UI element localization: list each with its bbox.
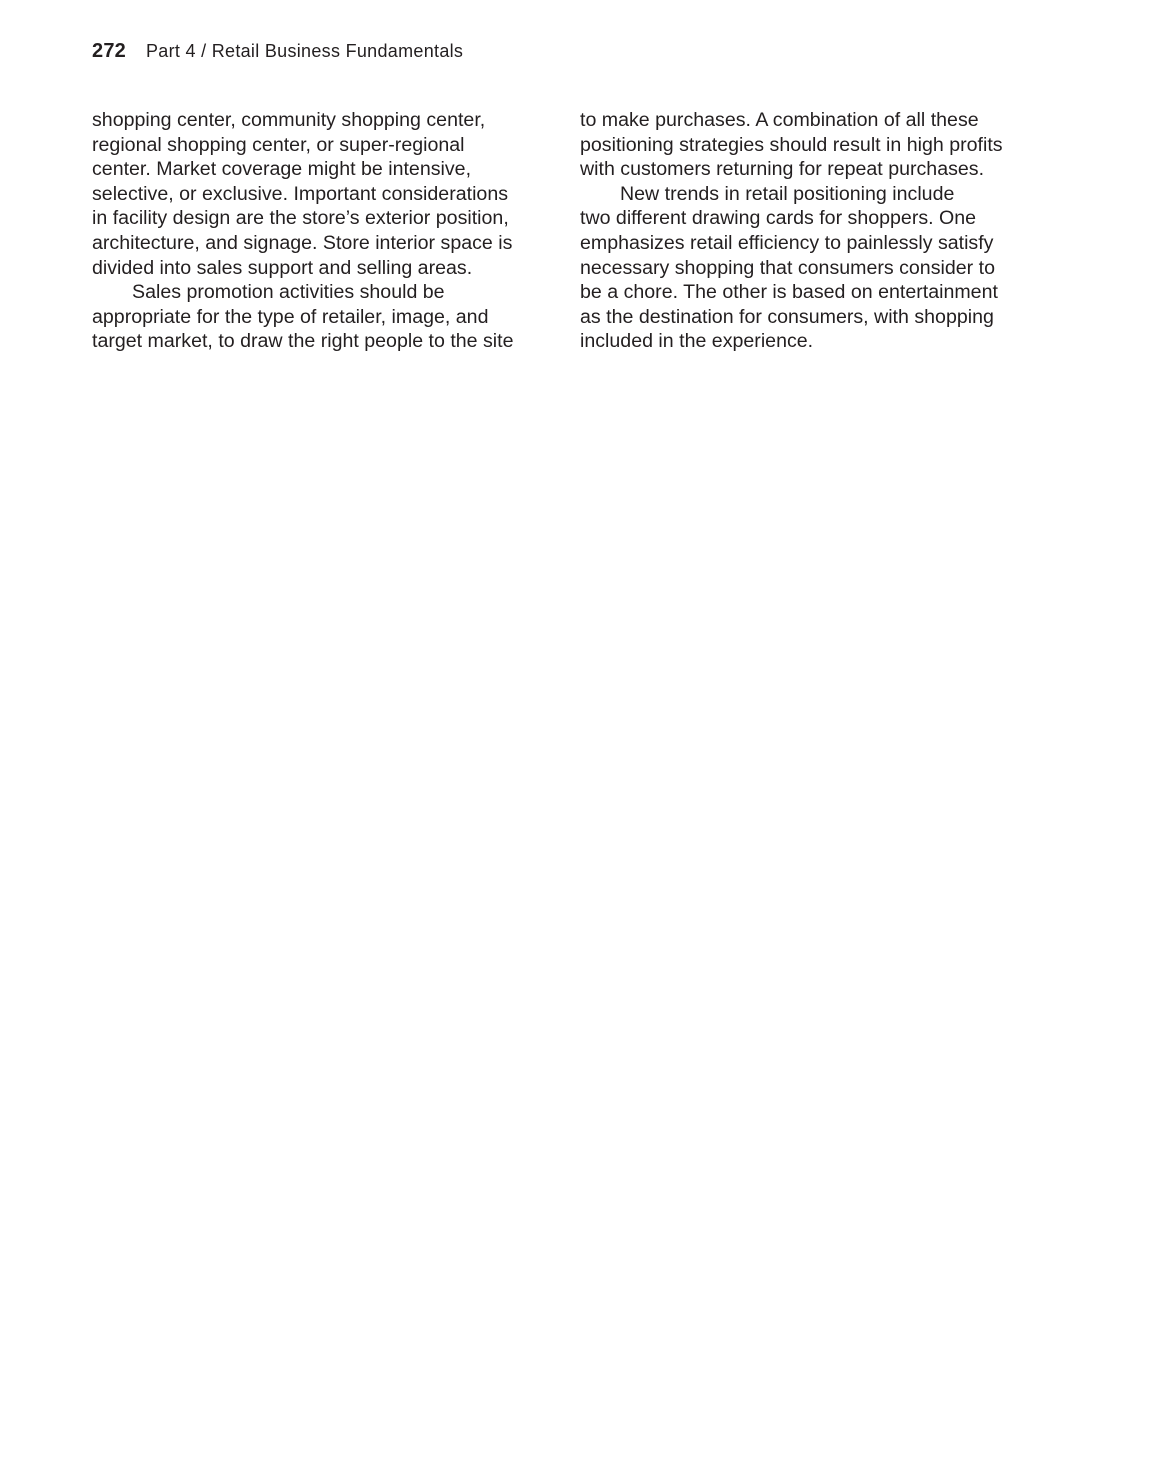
text-line: center. Market coverage might be intensi… — [92, 157, 514, 182]
text-line: with customers returning for repeat purc… — [580, 157, 1003, 182]
text-line: selective, or exclusive. Important consi… — [92, 182, 514, 207]
text-line: included in the experience. — [580, 329, 1003, 354]
text-line: two different drawing cards for shoppers… — [580, 206, 1003, 231]
text-column-right: to make purchases. A combination of all … — [580, 108, 1003, 354]
text-line: appropriate for the type of retailer, im… — [92, 305, 514, 330]
text-line: regional shopping center, or super-regio… — [92, 133, 514, 158]
text-line: emphasizes retail efficiency to painless… — [580, 231, 1003, 256]
paragraph-start-line: Sales promotion activities should be — [92, 280, 514, 305]
text-line: to make purchases. A combination of all … — [580, 108, 1003, 133]
text-line: divided into sales support and selling a… — [92, 256, 514, 281]
text-line: shopping center, community shopping cent… — [92, 108, 514, 133]
text-line: architecture, and signage. Store interio… — [92, 231, 514, 256]
running-header: 272 Part 4 / Retail Business Fundamental… — [92, 40, 463, 68]
page-number: 272 — [92, 40, 126, 63]
text-line: as the destination for consumers, with s… — [580, 305, 1003, 330]
text-line: be a chore. The other is based on entert… — [580, 280, 1003, 305]
text-column-left: shopping center, community shopping cent… — [92, 108, 514, 354]
text-line: target market, to draw the right people … — [92, 329, 514, 354]
section-title: Part 4 / Retail Business Fundamentals — [146, 41, 463, 62]
text-line: necessary shopping that consumers consid… — [580, 256, 1003, 281]
paragraph-start-line: New trends in retail positioning include — [580, 182, 1003, 207]
text-line: in facility design are the store’s exter… — [92, 206, 514, 231]
text-line: positioning strategies should result in … — [580, 133, 1003, 158]
